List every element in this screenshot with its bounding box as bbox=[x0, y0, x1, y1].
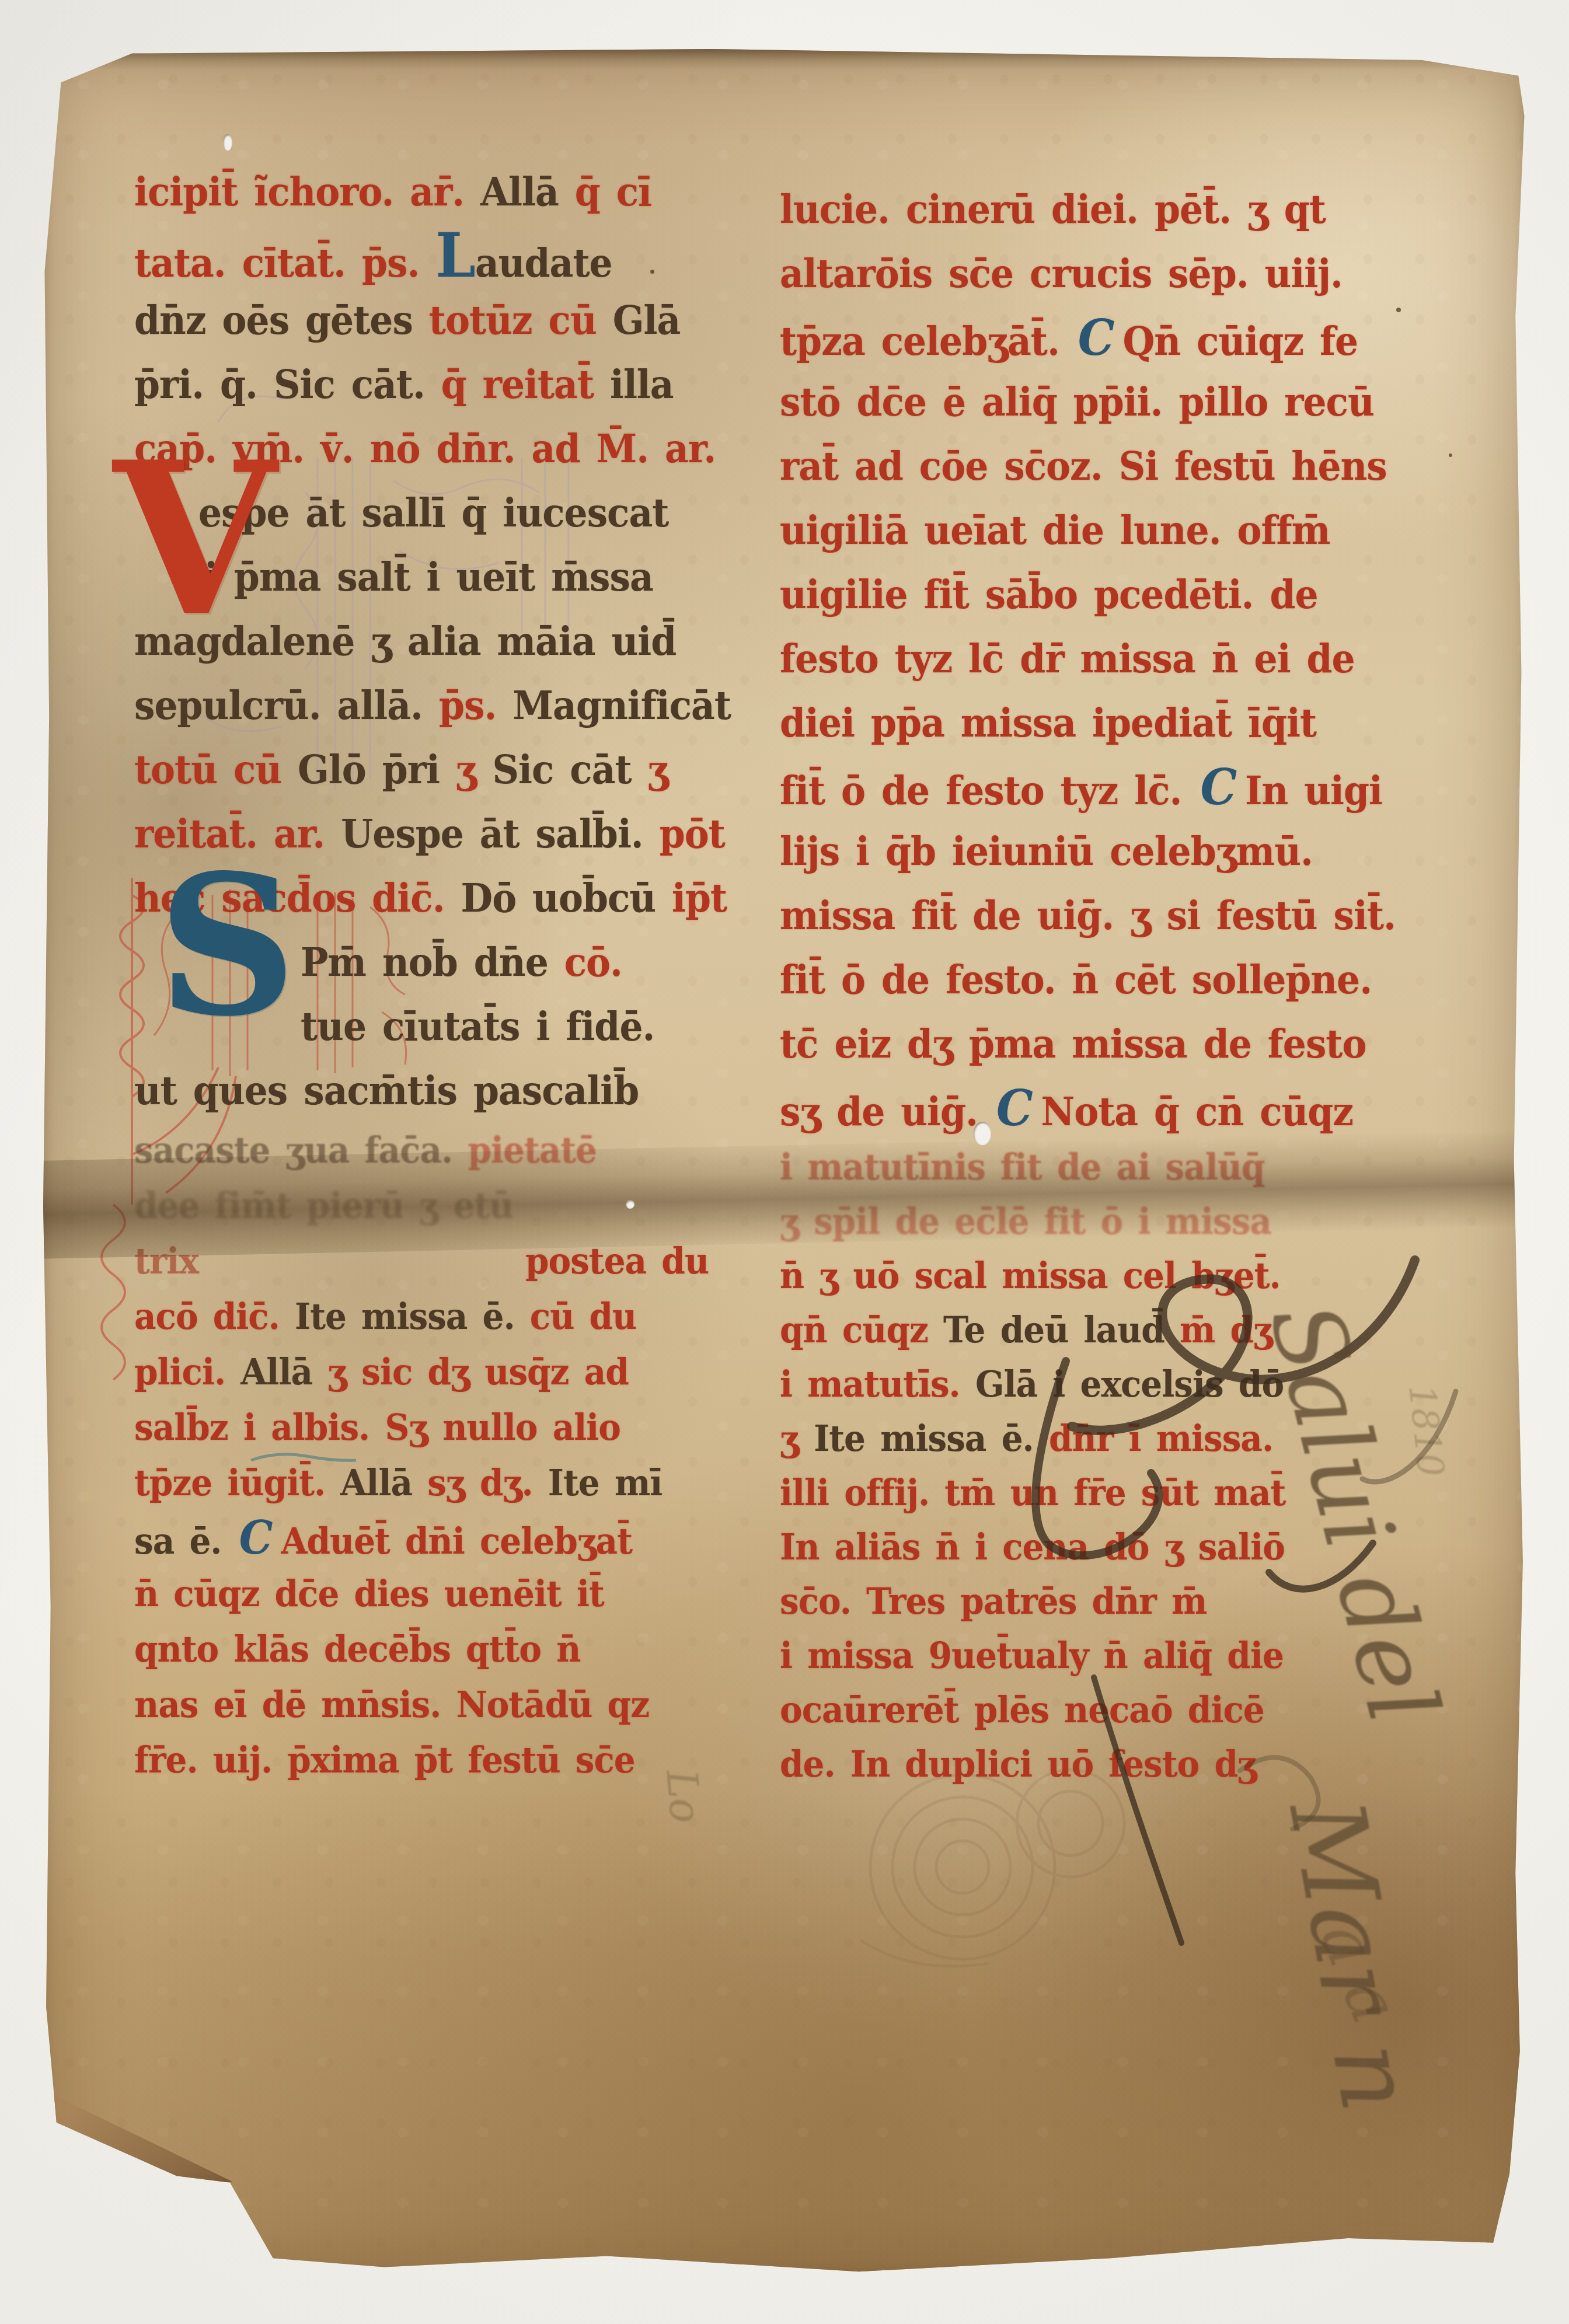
parchment-hole bbox=[626, 1200, 634, 1209]
parchment: icipit̄ ĩchoro. ar̄. Allā q̄ cītata. cīt… bbox=[43, 49, 1526, 2274]
scanned-page: { "document": { "kind": "manuscript-leaf… bbox=[0, 0, 1569, 2324]
parchment-hole bbox=[223, 134, 232, 151]
parchment-hole bbox=[974, 1122, 991, 1145]
margin-ghost-letters: Lo bbox=[657, 1768, 710, 1825]
ink-speck bbox=[1449, 453, 1452, 457]
ink-speck bbox=[650, 270, 654, 274]
ink-speck bbox=[1396, 308, 1401, 312]
